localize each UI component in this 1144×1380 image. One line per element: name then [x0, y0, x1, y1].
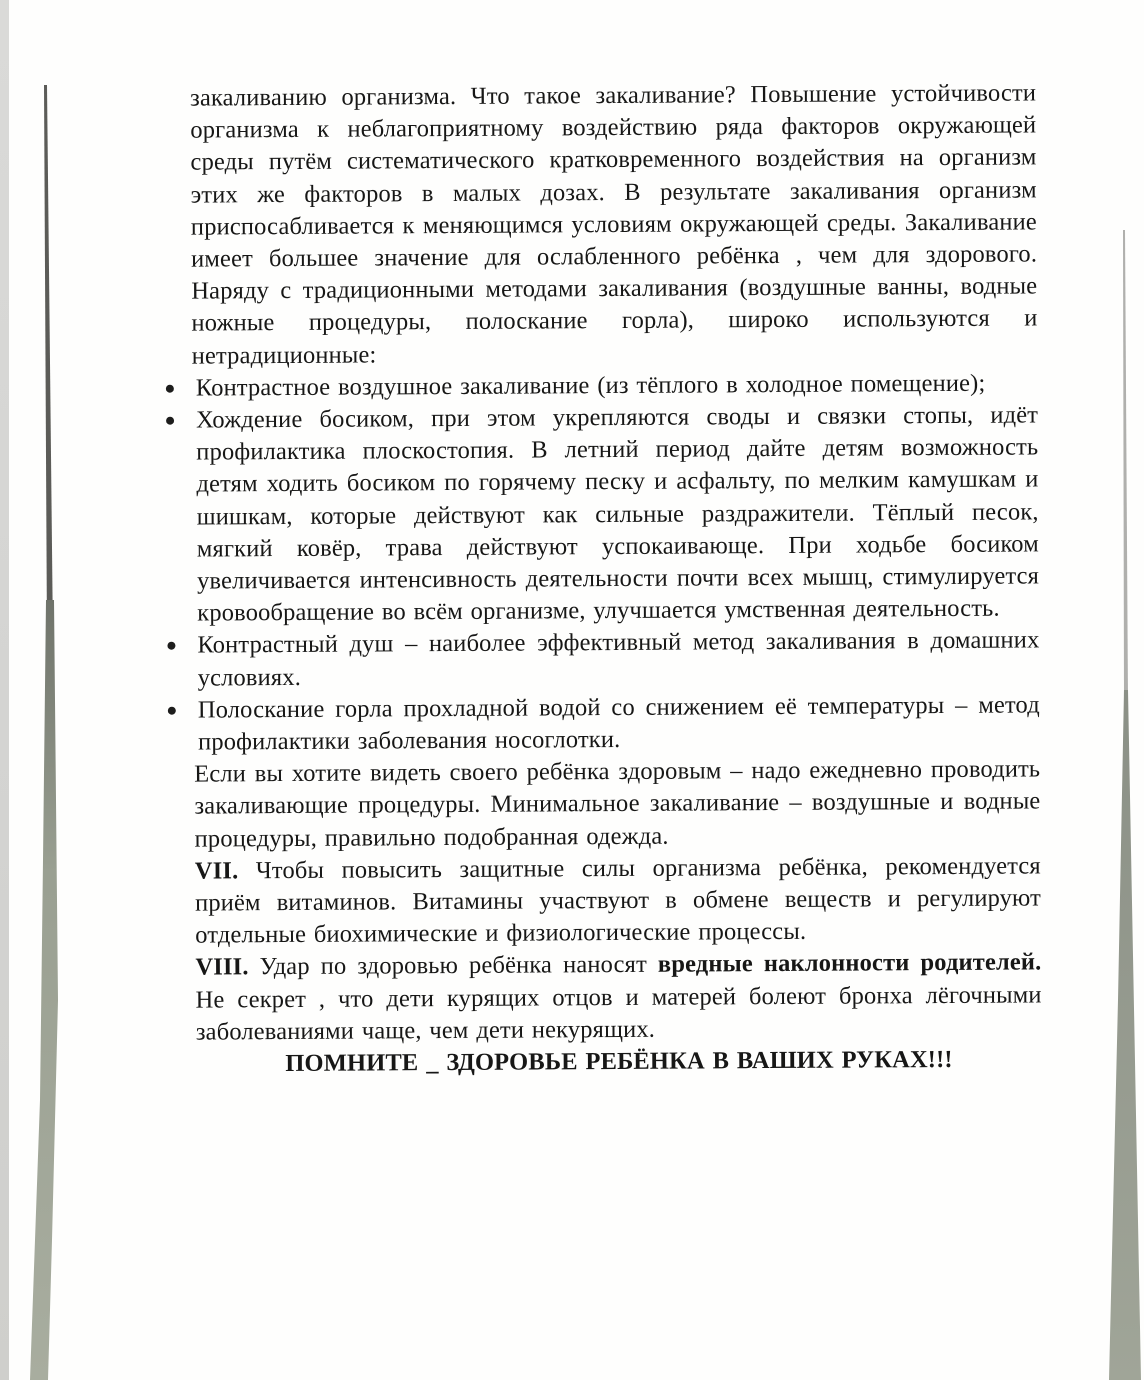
- section-vii-numeral: VII.: [195, 857, 239, 884]
- document-text-block: закаливанию организма. Что такое закалив…: [190, 77, 1042, 1080]
- list-item: Контрастный душ – наиболее эффективный м…: [193, 625, 1039, 695]
- section-viii-numeral: VIII.: [195, 954, 248, 981]
- section-viii-text-before-bold: Удар по здоровью ребёнка наносят: [260, 951, 647, 980]
- left-edge-strip: [30, 600, 58, 1380]
- advice-paragraph-text: Если вы хотите видеть своего ребёнка здо…: [194, 756, 1040, 853]
- bullet-text-contrast-air: Контрастное воздушное закаливание (из тё…: [196, 367, 1038, 404]
- section-vii-text: Чтобы повысить защитные силы организма р…: [195, 852, 1041, 949]
- list-item: Контрастное воздушное закаливание (из тё…: [192, 367, 1038, 404]
- right-edge-strip: [1109, 690, 1141, 1380]
- scanned-document-page: закаливанию организма. Что такое закалив…: [0, 0, 1144, 1380]
- bullet-text-contrast-shower: Контрастный душ – наиболее эффективный м…: [197, 625, 1039, 695]
- bullet-icon: [168, 707, 176, 715]
- scanner-film-strip: [0, 0, 9, 1380]
- right-edge-faint-line: [1123, 230, 1128, 700]
- list-item: Полоскание горла прохладной водой со сни…: [194, 689, 1040, 759]
- section-vii-paragraph: VII. Чтобы повысить защитные силы органи…: [195, 850, 1042, 952]
- footer-slogan: ПОМНИТЕ _ ЗДОРОВЬЕ РЕБЁНКА В ВАШИХ РУКАХ…: [196, 1043, 1042, 1080]
- bullet-list: Контрастное воздушное закаливание (из тё…: [192, 367, 1040, 759]
- intro-paragraph: закаливанию организма. Что такое закалив…: [190, 77, 1038, 372]
- bullet-text-gargling: Полоскание горла прохладной водой со сни…: [198, 689, 1040, 759]
- intro-paragraph-text: закаливанию организма. Что такое закалив…: [190, 79, 1038, 369]
- section-viii-paragraph: VIII. Удар по здоровью ребёнка наносят в…: [195, 947, 1042, 1049]
- section-viii-bold-phrase: вредные наклонности родителей.: [658, 949, 1042, 978]
- bullet-icon: [166, 385, 174, 393]
- left-crease-dark-line: [44, 85, 53, 640]
- bullet-icon: [166, 417, 174, 425]
- bullet-icon: [167, 642, 175, 650]
- advice-paragraph: Если вы хотите видеть своего ребёнка здо…: [194, 754, 1041, 856]
- list-item: Хождение босиком, при этом укрепляются с…: [192, 399, 1039, 630]
- section-viii-text-after-bold: Не секрет , что дети курящих отцов и мат…: [196, 981, 1042, 1045]
- bullet-text-barefoot: Хождение босиком, при этом укрепляются с…: [196, 399, 1039, 630]
